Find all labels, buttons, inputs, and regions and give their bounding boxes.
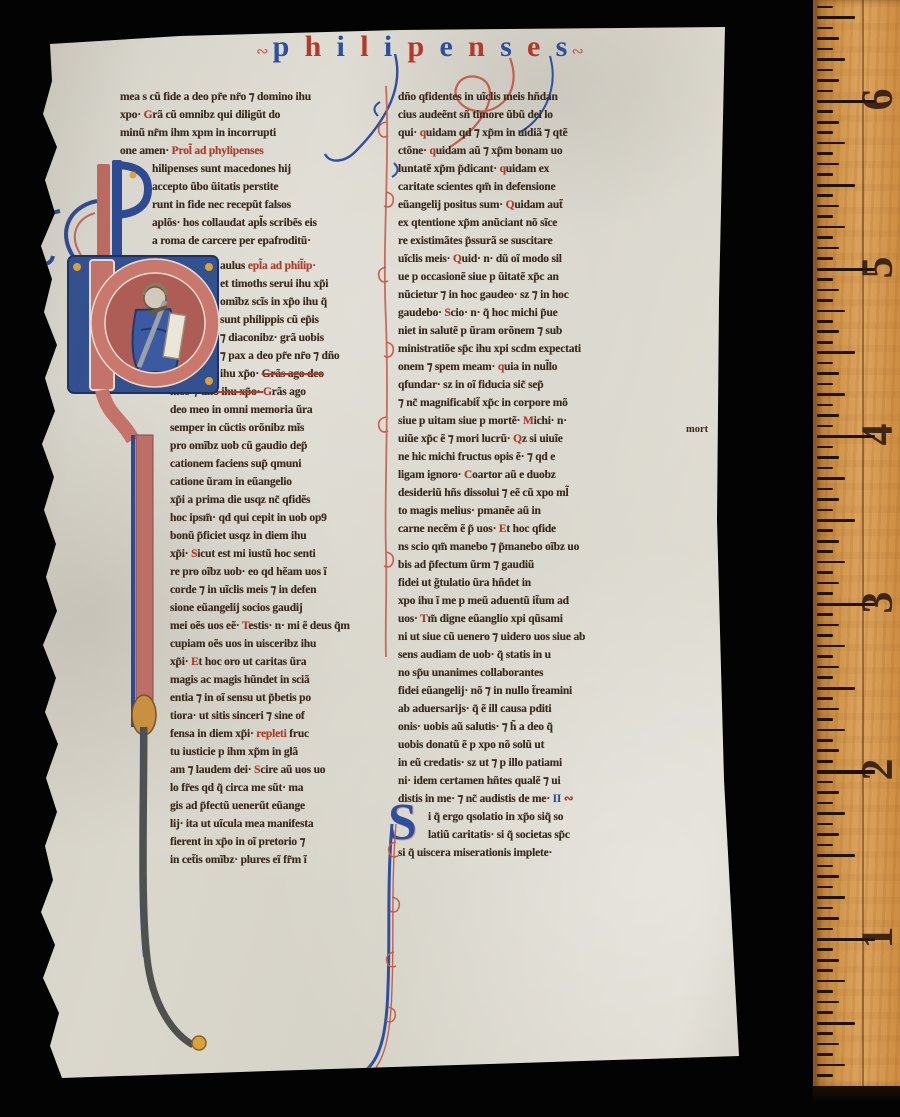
ruler-tick xyxy=(817,708,839,711)
text-line: ab aduersarijs· q̃ ẽ ill causa pditi xyxy=(398,700,698,718)
ruler-tick xyxy=(817,467,833,470)
text-line: fidei eũangelij· nõ ⁊ in nullo t̃reamini xyxy=(398,682,698,700)
text-line: no sp̃u unanimes collaborantes xyxy=(398,664,698,682)
ruler-tick xyxy=(817,404,833,407)
text-line: eũangelij positus sum· Quidam aut̃ xyxy=(398,196,698,214)
ruler-tick xyxy=(817,760,833,763)
ruler-tick xyxy=(817,844,833,847)
wooden-ruler: 654321 xyxy=(813,0,900,1088)
text-line: ⁊ nc̃ magnificabit̃ xp̃c in corpore mõ xyxy=(398,394,698,412)
text-line: ue p occasionẽ siue p ũitatẽ xp̃c an xyxy=(398,268,698,286)
ruler-tick xyxy=(817,90,833,93)
text-line: dño qfidentes in uĩclis meis hñdan xyxy=(398,88,698,106)
ruler-tick xyxy=(817,477,845,480)
ruler-tick xyxy=(817,655,833,658)
ruler-tick xyxy=(817,58,845,61)
ruler-tick xyxy=(817,718,833,721)
ruler-tick xyxy=(817,666,839,669)
ruler-tick xyxy=(817,163,839,166)
ruler-tick xyxy=(817,383,833,386)
text-line: ne hic michi fructus opis ẽ· ⁊ qd e xyxy=(398,448,698,466)
text-line: qui· quidam qd ⁊ xp̃m in uidiã ⁊ qtẽ xyxy=(398,124,698,142)
text-line: niet in salutẽ p ũram orõnem ⁊ sub xyxy=(398,322,698,340)
ruler-tick xyxy=(817,226,845,229)
ruler-tick xyxy=(817,980,845,983)
ruler-tick xyxy=(817,299,833,302)
ruler-tick xyxy=(817,854,855,857)
ruler-tick xyxy=(817,131,833,134)
text-line: gaudebo· Scio· n· q̃ hoc michi p̃ue xyxy=(398,304,698,322)
ruler-tick xyxy=(817,205,839,208)
ruler-tick xyxy=(817,571,833,574)
text-line: re existimãtes p̃ssurã se suscitare xyxy=(398,232,698,250)
text-line: caritate scientes qm̃ in defensione xyxy=(398,178,698,196)
ruler-tick xyxy=(817,1032,833,1035)
ruler-tick xyxy=(817,613,833,616)
photo-of-manuscript-leaf: ∾ philipenses ∾ mea s cũ fide a deo pr̃e… xyxy=(0,0,900,1117)
parchment-leaf: ∾ philipenses ∾ mea s cũ fide a deo pr̃e… xyxy=(0,0,900,1117)
ruler-tick xyxy=(817,351,855,354)
ruler-tick xyxy=(817,509,833,512)
ruler-tick xyxy=(817,875,839,878)
text-line: ligam ignoro· Coartor aũ e duobz xyxy=(398,466,698,484)
historiated-initial-p-st-paul xyxy=(15,115,235,1075)
ruler-tick xyxy=(817,592,833,595)
ruler-tick xyxy=(817,540,839,543)
ruler-tick xyxy=(817,802,833,805)
ruler-tick xyxy=(817,372,839,375)
gold-ball-terminal xyxy=(192,1036,206,1050)
ruler-tick xyxy=(817,624,839,627)
text-line: uobis donatũ ẽ p xpo nõ solũ ut xyxy=(398,736,698,754)
ruler-inch-number: 6 xyxy=(852,78,900,122)
ruler-tick xyxy=(817,456,839,459)
ruler-tick xyxy=(817,173,833,176)
ruler-tick xyxy=(817,121,839,124)
ruler-tick xyxy=(817,833,839,836)
ruler-tick xyxy=(817,6,833,9)
text-line: to magis melius· pmanẽe aũ in xyxy=(398,502,698,520)
ruler-tick xyxy=(817,16,855,19)
ruler-tick xyxy=(817,37,839,40)
text-line: ns scio qm̃ manebo ⁊ p̃manebo oĩbz uo xyxy=(398,538,698,556)
ruler-tick xyxy=(817,917,839,920)
ruler-inch-number: 1 xyxy=(852,916,900,960)
text-line: qfundar· sz in oĩ fiducia sic̃ sep̃ xyxy=(398,376,698,394)
ruler-tick xyxy=(817,823,833,826)
text-line: sens audiam de uob· q̃ statis in u xyxy=(398,646,698,664)
text-line: bis ad p̃fectum ũrm ⁊ gaudiũ xyxy=(398,556,698,574)
text-line: ex qtentione xp̃m anũciant nõ sĩce xyxy=(398,214,698,232)
ruler-tick xyxy=(817,781,833,784)
ruler-tick xyxy=(817,990,833,993)
ruler-tick xyxy=(817,1064,845,1067)
text-line: mea s cũ fide a deo pr̃e nr̃o ⁊ domino i… xyxy=(120,88,388,106)
ruler-tick xyxy=(817,414,839,417)
ruler-tick xyxy=(817,1043,839,1046)
ruler-tick xyxy=(817,393,845,396)
ruler-tick xyxy=(817,582,839,585)
text-line: luntatẽ xp̃m p̃dicant· quidam ex xyxy=(398,160,698,178)
ruler-tick xyxy=(817,425,833,428)
ruler-inch-number: 4 xyxy=(852,413,900,457)
ruler-tick xyxy=(817,310,845,313)
ruler-tick xyxy=(817,1022,855,1025)
text-line: uĩclis meis· Quid· n· dũ oĩ modo sil xyxy=(398,250,698,268)
ruler-tick xyxy=(817,1074,833,1077)
ruler-tick xyxy=(817,110,833,113)
ruler-tick xyxy=(817,446,833,449)
ruler-inch-number: 3 xyxy=(852,580,900,624)
ruler-tick xyxy=(817,739,833,742)
ruler-inch-number: 2 xyxy=(852,748,900,792)
text-line: fidei ut g̃tulatio ũra hñdet in xyxy=(398,574,698,592)
right-column-text: dño qfidentes in uĩclis meis hñdancius a… xyxy=(398,88,698,862)
ruler-tick xyxy=(817,236,833,239)
text-line: uos· Tm̃ digne eũanglio xpi qũsami xyxy=(398,610,698,628)
title-letter: p xyxy=(273,27,290,67)
rubricator-squiggle-icon: ∾ xyxy=(252,42,273,61)
intercolumn-pen-flourish xyxy=(362,82,422,1087)
margin-flourish xyxy=(29,211,60,264)
ruler-tick xyxy=(817,948,833,951)
ruler-tick xyxy=(817,959,839,962)
ruler-tick xyxy=(817,278,833,281)
ruler-tick xyxy=(817,561,845,564)
ruler-tick xyxy=(817,1053,833,1056)
ruler-tick xyxy=(817,865,833,868)
ruler-tick xyxy=(817,27,833,30)
text-line: desideriũ hñs dissolui ⁊ eẽ cũ xpo ml̃ xyxy=(398,484,698,502)
ruler-end-shadow xyxy=(813,1086,900,1102)
text-line: ctõne· quidam aũ ⁊ xp̃m bonam uo xyxy=(398,142,698,160)
text-line: in eũ credatis· sz ut ⁊ p illo patiami xyxy=(398,754,698,772)
ruler-tick xyxy=(817,289,839,292)
ruler-tick xyxy=(817,1011,833,1014)
initial-s-descender xyxy=(365,824,399,1078)
ruler-tick xyxy=(817,194,833,197)
ruler-inch-number: 5 xyxy=(852,245,900,289)
ruler-tick xyxy=(817,886,833,889)
ruler-tick xyxy=(817,79,839,82)
text-line: onem ⁊ spem meam· quia in nul̃lo xyxy=(398,358,698,376)
ruler-tick xyxy=(817,215,833,218)
ruler-tick xyxy=(817,1001,839,1004)
text-line: ministratiõe sp̃c ihu xpi scdm expectati xyxy=(398,340,698,358)
ruler-tick xyxy=(817,142,845,145)
ruler-tick xyxy=(817,69,833,72)
ruler-tick xyxy=(817,184,855,187)
ruler-tick xyxy=(817,928,833,931)
ruler-tick xyxy=(817,320,833,323)
ruler-tick xyxy=(817,498,839,501)
text-line: cius audeẽnt sñ timore ũbũ dei lo xyxy=(398,106,698,124)
ascender-flourish xyxy=(66,201,97,259)
ruler-tick xyxy=(817,519,855,522)
ruler-tick xyxy=(817,550,833,553)
ruler-tick xyxy=(817,341,833,344)
ruler-tick xyxy=(817,362,833,365)
text-line: ni· idem certamen hñtes qualẽ ⁊ ui xyxy=(398,772,698,790)
text-line: si q̃ uiscera miserationis implete· xyxy=(398,844,698,862)
ruler-tick xyxy=(817,634,833,637)
ruler-tick xyxy=(817,791,839,794)
text-line: siue p uitam siue p mortẽ· Michi· n· xyxy=(398,412,698,430)
ruler-tick xyxy=(817,969,833,972)
ruler-tick xyxy=(817,676,833,679)
ruler-tick xyxy=(817,330,839,333)
text-line: xpo ihu ĩ me p meũ aduentũ it̃um ad xyxy=(398,592,698,610)
ruler-tick xyxy=(817,529,833,532)
ruler-tick xyxy=(817,896,845,899)
ruler-tick xyxy=(817,907,833,910)
ruler-tick xyxy=(817,749,839,752)
text-line: i q̃ ergo qsolatio in xp̃o siq̃ so xyxy=(398,808,698,826)
prologue-initial-p xyxy=(86,160,148,267)
margin-correction-word: mort xyxy=(686,424,708,435)
ruler-tick xyxy=(817,488,833,491)
text-line: distis in me· ⁊ nc̃ audistis de me· II ∾ xyxy=(398,790,698,808)
ruler-tick xyxy=(817,247,839,250)
text-line: onis· uobis aũ salutis· ⁊ h̃ a deo q̃ xyxy=(398,718,698,736)
text-line: nũcietur ⁊ in hoc gaudeo· sz ⁊ in hoc xyxy=(398,286,698,304)
text-line: uiũe xp̃c ẽ ⁊ mori lucrũ· Qz si uiuĩe xyxy=(398,430,698,448)
ruler-tick xyxy=(817,48,833,51)
ruler-tick xyxy=(817,729,845,732)
text-line: ni ut siue cũ uenero ⁊ uidero uos siue a… xyxy=(398,628,698,646)
ruler-tick xyxy=(817,687,855,690)
ruler-tick xyxy=(817,152,833,155)
text-line: latiũ caritatis· si q̃ societas sp̃c xyxy=(398,826,698,844)
ruler-tick xyxy=(817,697,833,700)
ruler-tick xyxy=(817,645,845,648)
ruler-tick xyxy=(817,257,833,260)
text-line: carne necẽm ẽ p̃ uos· Et hoc qfide xyxy=(398,520,698,538)
ruler-tick xyxy=(817,812,845,815)
